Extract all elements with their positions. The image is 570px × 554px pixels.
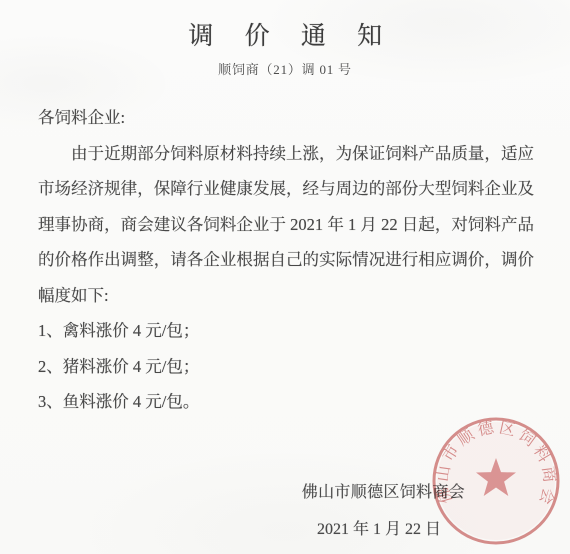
paragraph-line: 理事协商，商会建议各饲料企业于 2021 年 1 月 22 日起，对饲料产品 [38,207,534,243]
price-item-pig: 2、猪料涨价 4 元/包； [38,349,534,385]
document-body: 各饲料企业: 由于近期部分饲料原材料持续上涨，为保证饲料产品质量，适应 市场经济… [38,100,534,420]
notice-document-page: 调 价 通 知 顺饲商（21）调 01 号 各饲料企业: 由于近期部分饲料原材料… [0,0,570,554]
signature-block: 佛山市顺德区饲料商会 2021 年 1 月 22 日 [0,479,570,539]
price-item-poultry: 1、禽料涨价 4 元/包； [38,313,534,349]
document-title: 调 价 通 知 [0,16,570,52]
issuer-name: 佛山市顺德区饲料商会 [0,479,570,502]
paragraph-line: 的价格作出调整，请各企业根据自己的实际情况进行相应调价，调价 [38,242,534,278]
price-item-fish: 3、鱼料涨价 4 元/包。 [38,384,534,420]
salutation: 各饲料企业: [38,100,534,136]
issue-date: 2021 年 1 月 22 日 [0,516,570,539]
document-number: 顺饲商（21）调 01 号 [0,59,570,78]
paragraph-line: 幅度如下: [38,278,534,314]
paragraph-line: 由于近期部分饲料原材料持续上涨，为保证饲料产品质量，适应 [38,136,534,172]
paragraph-line: 市场经济规律，保障行业健康发展，经与周边的部份大型饲料企业及 [38,171,534,207]
